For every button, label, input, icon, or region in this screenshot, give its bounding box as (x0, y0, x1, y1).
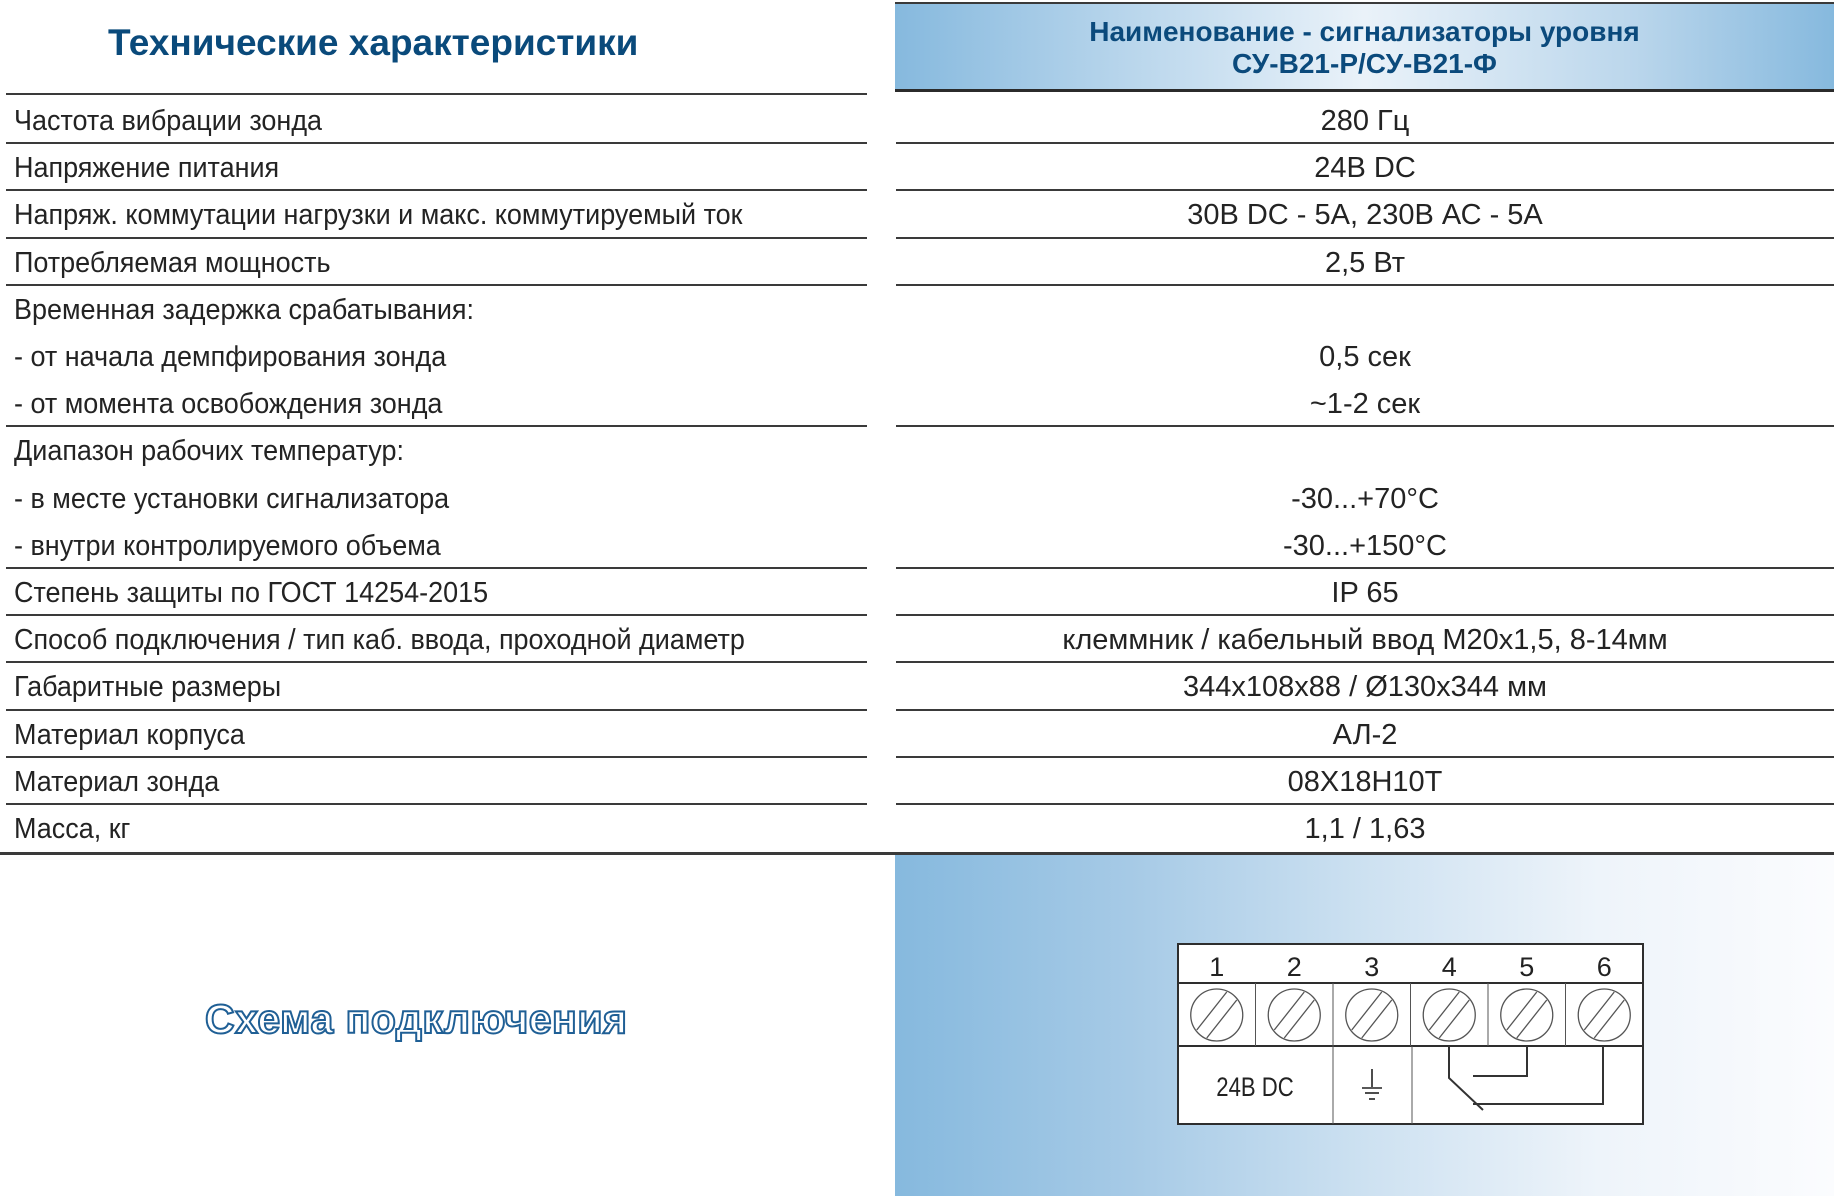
row-divider (896, 614, 1834, 616)
row-divider (6, 803, 867, 805)
wiring-diagram: 123456 24В DC (1177, 943, 1644, 1125)
row-divider (6, 284, 867, 286)
row-divider (6, 661, 867, 663)
row-divider (6, 709, 867, 711)
row-divider (896, 425, 1834, 427)
spec-value: -30...+150°С (896, 530, 1834, 563)
spec-value: 0,5 сек (896, 341, 1834, 374)
spec-label: - от начала демпфирования зонда (14, 341, 446, 374)
header-divider (6, 93, 867, 95)
spec-row: Материал корпусаАЛ-2 (0, 712, 1834, 759)
spec-row: - в месте установки сигнализатора-30...+… (0, 476, 1834, 523)
spec-value: ~1-2 сек (896, 388, 1834, 421)
spec-value: 2,5 Вт (896, 247, 1834, 280)
spec-row: - от начала демпфирования зонда0,5 сек (0, 334, 1834, 381)
terminal-number: 4 (1442, 952, 1457, 982)
spec-value: АЛ-2 (896, 719, 1834, 752)
spec-label: - от момента освобождения зонда (14, 388, 442, 421)
row-divider (896, 567, 1834, 569)
row-divider (896, 709, 1834, 711)
spec-row: Габаритные размеры344х108х88 / Ø130х344 … (0, 664, 1834, 711)
spec-value: 24В DC (896, 152, 1834, 185)
power-label: 24В DC (1216, 1073, 1293, 1103)
spec-label: Диапазон рабочих температур: (14, 435, 404, 468)
spec-label: Потребляемая мощность (14, 247, 331, 280)
row-divider (896, 756, 1834, 758)
spec-value: 08Х18Н10Т (896, 766, 1834, 799)
spec-row: - внутри контролируемого объема-30...+15… (0, 523, 1834, 570)
spec-title: Технические характеристики (108, 22, 678, 64)
spec-row: Материал зонда08Х18Н10Т (0, 759, 1834, 806)
spec-row: Масса, кг1,1 / 1,63 (0, 806, 1834, 853)
spec-row: Напряж. коммутации нагрузки и макс. комм… (0, 192, 1834, 239)
terminal-number: 1 (1209, 952, 1224, 982)
spec-label: Напряж. коммутации нагрузки и макс. комм… (14, 199, 742, 232)
spec-label: Материал зонда (14, 766, 219, 799)
row-divider (896, 237, 1834, 239)
row-divider (6, 567, 867, 569)
spec-value: 280 Гц (896, 105, 1834, 138)
row-divider (6, 142, 867, 144)
spec-row: Частота вибрации зонда280 Гц (0, 98, 1834, 145)
row-divider (6, 756, 867, 758)
spec-label: - внутри контролируемого объема (14, 530, 441, 563)
spec-label: Масса, кг (14, 813, 130, 846)
spec-label: - в месте установки сигнализатора (14, 483, 449, 516)
spec-row: - от момента освобождения зонда~1-2 сек (0, 381, 1834, 428)
spec-value: IP 65 (896, 577, 1834, 610)
spec-row: Степень защиты по ГОСТ 14254-2015IP 65 (0, 570, 1834, 617)
spec-value: клеммник / кабельный ввод М20х1,5, 8-14м… (896, 624, 1834, 657)
row-divider (896, 661, 1834, 663)
spec-row: Напряжение питания24В DC (0, 145, 1834, 192)
product-name-line1: Наименование - сигнализаторы уровня (895, 16, 1834, 48)
spec-row: Потребляемая мощность2,5 Вт (0, 240, 1834, 287)
spec-label: Частота вибрации зонда (14, 105, 322, 138)
row-divider (6, 614, 867, 616)
spec-label: Габаритные размеры (14, 671, 281, 704)
spec-label: Способ подключения / тип каб. ввода, про… (14, 624, 745, 657)
spec-label: Материал корпуса (14, 719, 245, 752)
row-divider (896, 189, 1834, 191)
spec-value: 344х108х88 / Ø130х344 мм (896, 671, 1834, 704)
spec-row: Диапазон рабочих температур: (0, 428, 1834, 475)
spec-label: Временная задержка срабатывания: (14, 294, 474, 327)
row-divider (6, 237, 867, 239)
terminal-number: 2 (1287, 952, 1302, 982)
spec-value: 30В DC - 5А, 230В АС - 5А (896, 199, 1834, 232)
row-divider (896, 284, 1834, 286)
spec-label: Напряжение питания (14, 152, 279, 185)
row-divider (6, 425, 867, 427)
spec-row: Способ подключения / тип каб. ввода, про… (0, 617, 1834, 664)
spec-label: Степень защиты по ГОСТ 14254-2015 (14, 577, 488, 610)
spec-row: Временная задержка срабатывания: (0, 287, 1834, 334)
product-model: СУ-В21-Р/СУ-В21-Ф (895, 48, 1834, 80)
spec-value: -30...+70°С (896, 483, 1834, 516)
terminal-number: 6 (1597, 952, 1612, 982)
terminal-number: 5 (1519, 952, 1534, 982)
spec-value: 1,1 / 1,63 (896, 813, 1834, 846)
product-name-header: Наименование - сигнализаторы уровня СУ-В… (895, 2, 1834, 92)
row-divider (896, 142, 1834, 144)
row-divider (896, 803, 1834, 805)
scheme-title: Схема подключения (205, 996, 627, 1043)
terminal-number: 3 (1364, 952, 1379, 982)
row-divider (6, 189, 867, 191)
